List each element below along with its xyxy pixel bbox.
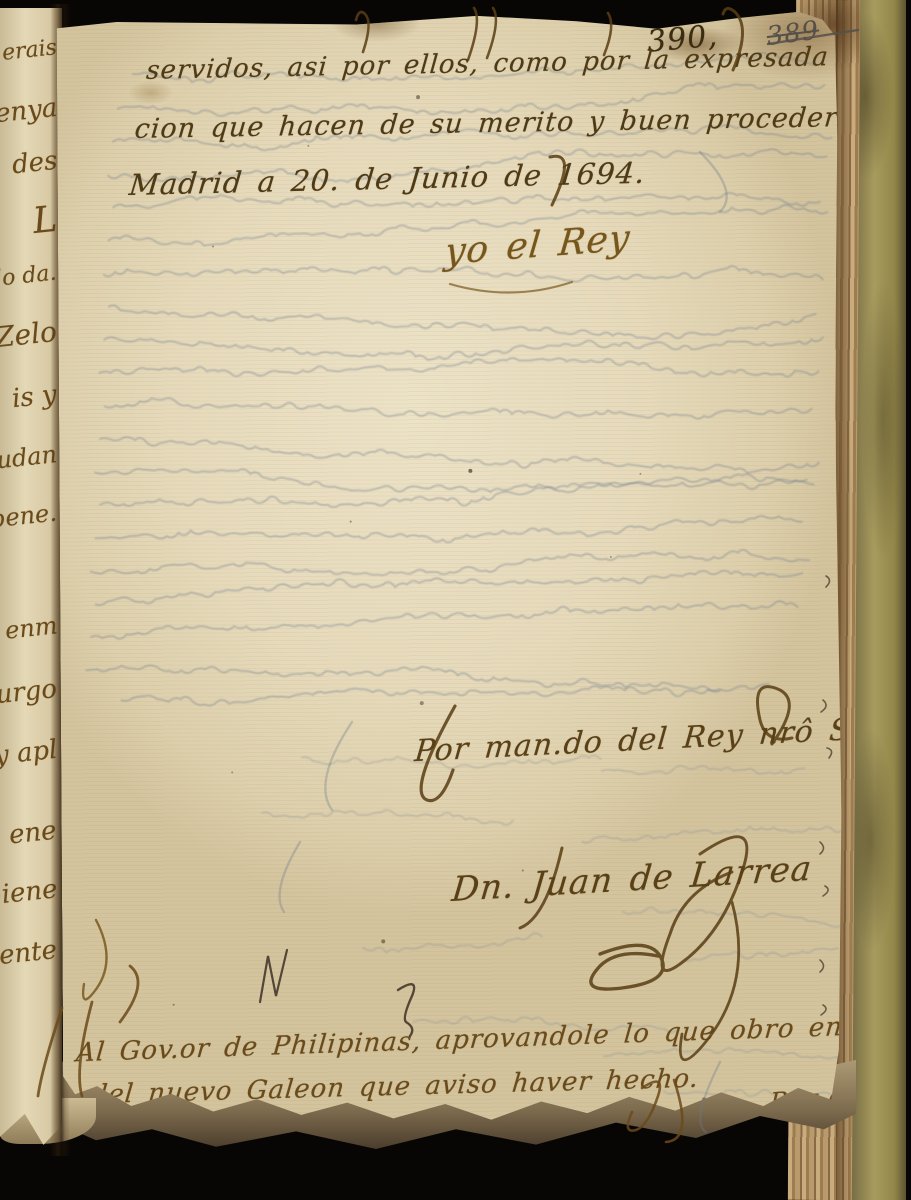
- showthrough-line: [104, 333, 824, 362]
- showthrough-line: [99, 433, 819, 477]
- showthrough-line: [90, 601, 798, 639]
- showthrough-line: [261, 809, 513, 826]
- showthrough-line: [95, 570, 803, 605]
- showthrough-line: [601, 765, 805, 775]
- showthrough-line: [86, 662, 770, 696]
- paper-page: 390, 389 servidos, asi por ellos, como p…: [57, 10, 844, 1143]
- photo-backdrop: eraisenyadesLdo da.Zelois ydudanbene.enm…: [0, 0, 911, 1200]
- showthrough-line: [121, 685, 721, 706]
- showthrough-line: [622, 906, 843, 930]
- showthrough-line: [90, 549, 810, 576]
- showthrough-line: [682, 948, 838, 961]
- showthrough-line: [108, 301, 816, 343]
- showthrough-line: [99, 477, 807, 509]
- showthrough-line: [95, 516, 803, 545]
- showthrough-line: [104, 394, 812, 422]
- showthrough-line: [99, 356, 819, 381]
- showthrough-line: [362, 933, 542, 952]
- showthrough-line: [603, 1047, 843, 1062]
- showthrough-line: [582, 826, 844, 843]
